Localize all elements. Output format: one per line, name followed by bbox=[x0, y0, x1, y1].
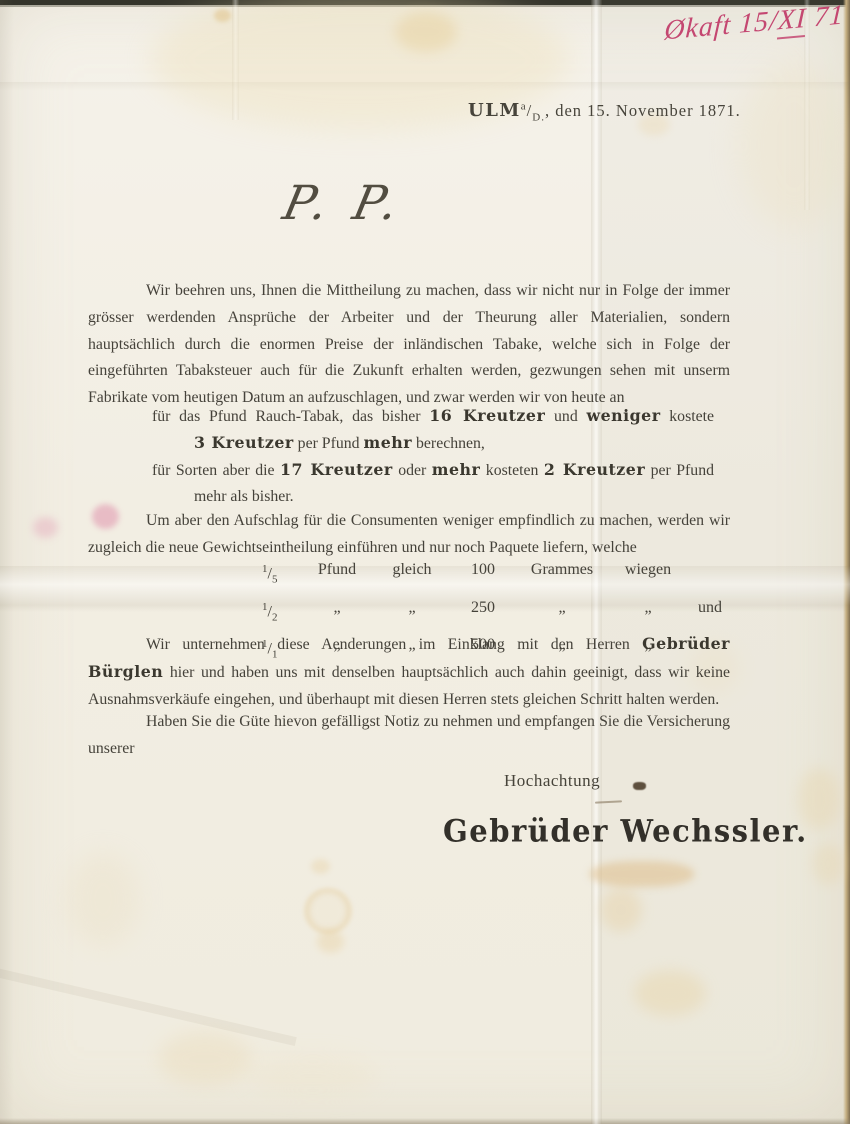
price-text: kosteten bbox=[480, 462, 544, 479]
stain bbox=[812, 843, 844, 885]
weight-cell: gleich bbox=[372, 556, 452, 594]
dateline: ULMa/D., den 15. November 1871. bbox=[468, 100, 741, 123]
price-line-2: 3 Kreutzer per Pfund mehr berechnen, bbox=[152, 430, 714, 457]
stain bbox=[214, 9, 231, 22]
body-paragraph-2: Um aber den Aufschlag für die Consumente… bbox=[88, 508, 730, 562]
price-text: für Sorten aber die bbox=[152, 462, 280, 479]
weight-cell: Grammes bbox=[514, 556, 610, 594]
stain-pink bbox=[33, 517, 58, 538]
price-line-1: für das Pfund Rauch-Tabak, das bisher 16… bbox=[152, 403, 714, 430]
stain bbox=[248, 1055, 378, 1097]
paragraph-text: Wir unternehmen diese Aenderungen im Ein… bbox=[146, 636, 642, 653]
signature-company: Gebrüder Wechssler. bbox=[443, 813, 808, 849]
stain bbox=[317, 930, 344, 953]
body-paragraph-1: Wir beehren uns, Ihnen die Mittheilung z… bbox=[88, 278, 730, 412]
price-text: per Pfund bbox=[645, 462, 714, 479]
stain-ring bbox=[304, 888, 352, 934]
stain bbox=[158, 1032, 252, 1086]
ink-dash bbox=[595, 800, 622, 803]
weight-row: 1/2 „ „ 250 „ „ und bbox=[262, 594, 734, 632]
annotation-text-underlined: XI bbox=[777, 3, 807, 40]
price-line-4: mehr als bisher. bbox=[152, 484, 714, 510]
annotation-text: 71 bbox=[805, 0, 844, 34]
price-amount: 2 Kreutzer bbox=[544, 460, 645, 479]
stain bbox=[634, 970, 706, 1016]
weight-fraction: 1/2 bbox=[262, 594, 302, 632]
weight-fraction: 1/5 bbox=[262, 556, 302, 594]
paper-edge-right bbox=[843, 0, 850, 1124]
paper-edge-left bbox=[0, 0, 14, 1124]
ink-speck bbox=[633, 782, 646, 790]
body-paragraph-4: Haben Sie die Güte hievon gefälligst Not… bbox=[88, 709, 730, 763]
weight-cell: „ bbox=[372, 594, 452, 632]
stain bbox=[395, 12, 457, 52]
price-terms: für das Pfund Rauch-Tabak, das bisher 16… bbox=[152, 403, 714, 510]
price-amount: 16 Kreutzer bbox=[429, 406, 545, 425]
price-text: und bbox=[545, 408, 586, 425]
annotation-text: Økaft 15/ bbox=[664, 5, 779, 46]
scanner-edge-top-shadow bbox=[0, 5, 850, 7]
letter-page: Økaft 15/XI 71 ULMa/D., den 15. November… bbox=[0, 0, 850, 1124]
closing-formula: Hochachtung bbox=[504, 771, 600, 791]
salutation: P. P. bbox=[278, 176, 409, 231]
fold-crease-diagonal-bottom bbox=[0, 963, 297, 1046]
stain bbox=[600, 888, 642, 932]
weight-cell: Pfund bbox=[302, 556, 372, 594]
dateline-date: , den 15. November 1871. bbox=[545, 101, 741, 120]
weight-cell: und bbox=[686, 594, 734, 632]
price-amount: 3 Kreutzer bbox=[194, 433, 294, 452]
stain bbox=[66, 852, 140, 947]
price-text: kostete bbox=[661, 408, 715, 425]
stain bbox=[738, 60, 850, 230]
price-text: per Pfund bbox=[294, 435, 364, 452]
weight-cell: 100 bbox=[452, 556, 514, 594]
price-text: oder bbox=[393, 462, 432, 479]
dateline-place: ULM bbox=[468, 100, 521, 121]
price-emphasis: weniger bbox=[586, 406, 660, 425]
archival-annotation: Økaft 15/XI 71 bbox=[663, 0, 850, 48]
dateline-subscript: D. bbox=[532, 111, 545, 123]
paragraph-text: hier und haben uns mit denselben hauptsä… bbox=[88, 664, 730, 708]
weight-cell bbox=[686, 556, 734, 594]
weight-cell: „ bbox=[610, 594, 686, 632]
price-amount: 17 Kreutzer bbox=[280, 460, 393, 479]
body-paragraph-3: Wir unternehmen diese Aenderungen im Ein… bbox=[88, 631, 730, 713]
stain bbox=[311, 859, 330, 874]
price-text: berechnen, bbox=[412, 435, 485, 452]
fold-crease-vertical-top bbox=[232, 0, 239, 120]
fold-crease-horizontal-top bbox=[0, 82, 850, 91]
price-text: für das Pfund Rauch-Tabak, das bisher bbox=[152, 408, 429, 425]
price-line-3: für Sorten aber die 17 Kreutzer oder meh… bbox=[152, 457, 714, 484]
weight-cell: 250 bbox=[452, 594, 514, 632]
paper-edge-bottom bbox=[0, 1118, 850, 1124]
weight-cell: „ bbox=[514, 594, 610, 632]
stain bbox=[590, 861, 694, 887]
weight-row: 1/5 Pfund gleich 100 Grammes wiegen bbox=[262, 556, 734, 594]
weight-cell: „ bbox=[302, 594, 372, 632]
weight-cell: wiegen bbox=[610, 556, 686, 594]
price-emphasis: mehr bbox=[364, 433, 413, 452]
price-emphasis: mehr bbox=[432, 460, 481, 479]
